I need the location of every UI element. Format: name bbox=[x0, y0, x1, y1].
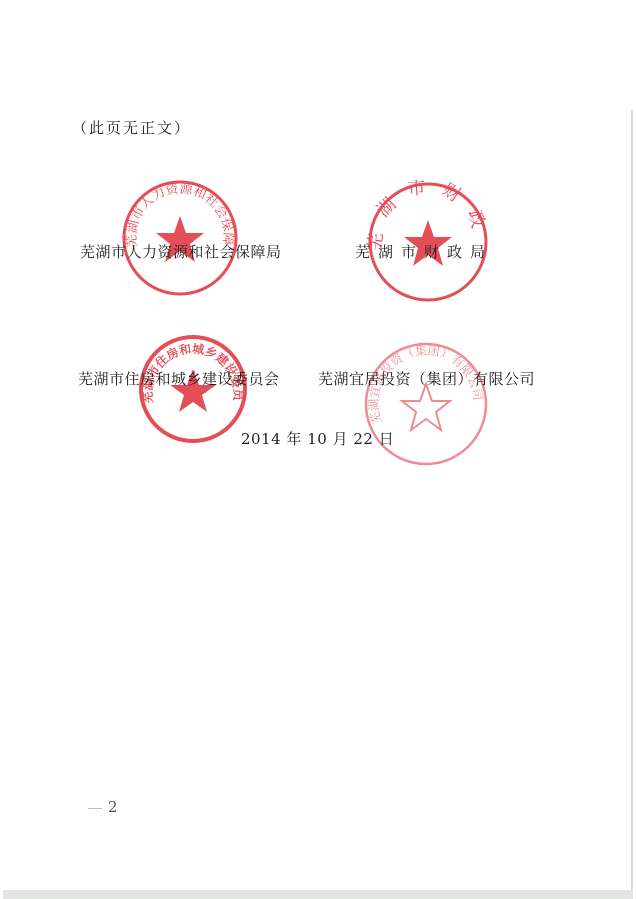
signatory-hrss: 芜湖市人力资源和社会保障局 bbox=[80, 241, 282, 262]
scan-bottom-edge bbox=[3, 890, 633, 899]
page-number-value: 2 bbox=[108, 798, 118, 816]
scan-edge-shadow bbox=[631, 110, 633, 890]
signatory-yiju-investment: 芜湖宜居投资（集团）有限公司 bbox=[318, 368, 535, 389]
document-page: （此页无正文） 芜湖市人力资源和社会保障局 芜湖市财政局 芜湖市住房和城乡建设委… bbox=[0, 0, 636, 899]
signatory-finance: 芜湖市财政局 bbox=[355, 241, 493, 262]
official-seal-housing: 芜湖市住房和城乡建设委员会 bbox=[137, 333, 249, 445]
star-icon bbox=[402, 384, 450, 430]
page-number: 2 bbox=[88, 798, 118, 816]
signatory-housing: 芜湖市住房和城乡建设委员会 bbox=[78, 368, 280, 389]
dash-divider bbox=[88, 808, 102, 809]
official-seal-hrss: 芜湖市人力资源和社会保障局 bbox=[120, 178, 240, 298]
no-body-text-note: （此页无正文） bbox=[72, 117, 191, 138]
document-date: 2014 年 10 月 22 日 bbox=[241, 428, 394, 449]
